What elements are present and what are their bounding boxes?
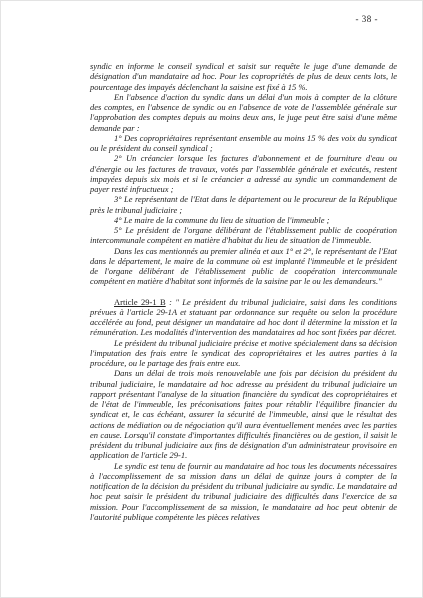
paragraph: Article 29-1 B : " Le président du tribu… — [90, 297, 397, 338]
paragraph: Le président du tribunal judiciaire préc… — [90, 338, 397, 369]
paragraph: 5° Le président de l'organe délibérant d… — [90, 225, 397, 246]
document-page: - 38 - syndic en informe le conseil synd… — [0, 0, 423, 598]
paragraph: 1° Des copropriétaires représentant ense… — [90, 133, 397, 154]
paragraph: Dans les cas mentionnés au premier aliné… — [90, 246, 397, 287]
article-heading: Article 29-1 B — [114, 297, 166, 307]
paragraph: 2° Un créancier lorsque les factures d'a… — [90, 153, 397, 194]
paragraph: 3° Le représentant de l'Etat dans le dép… — [90, 194, 397, 215]
paragraph: En l'absence d'action du syndic dans un … — [90, 92, 397, 133]
paragraph: Le syndic est tenu de fournir au mandata… — [90, 461, 397, 523]
paragraph: 4° Le maire de la commune du lieu de sit… — [90, 215, 397, 225]
paragraph: syndic en informe le conseil syndical et… — [90, 61, 397, 92]
paragraph: Dans un délai de trois mois renouvelable… — [90, 368, 397, 460]
page-number: - 38 - — [356, 14, 379, 24]
text-block: syndic en informe le conseil syndical et… — [90, 61, 397, 522]
